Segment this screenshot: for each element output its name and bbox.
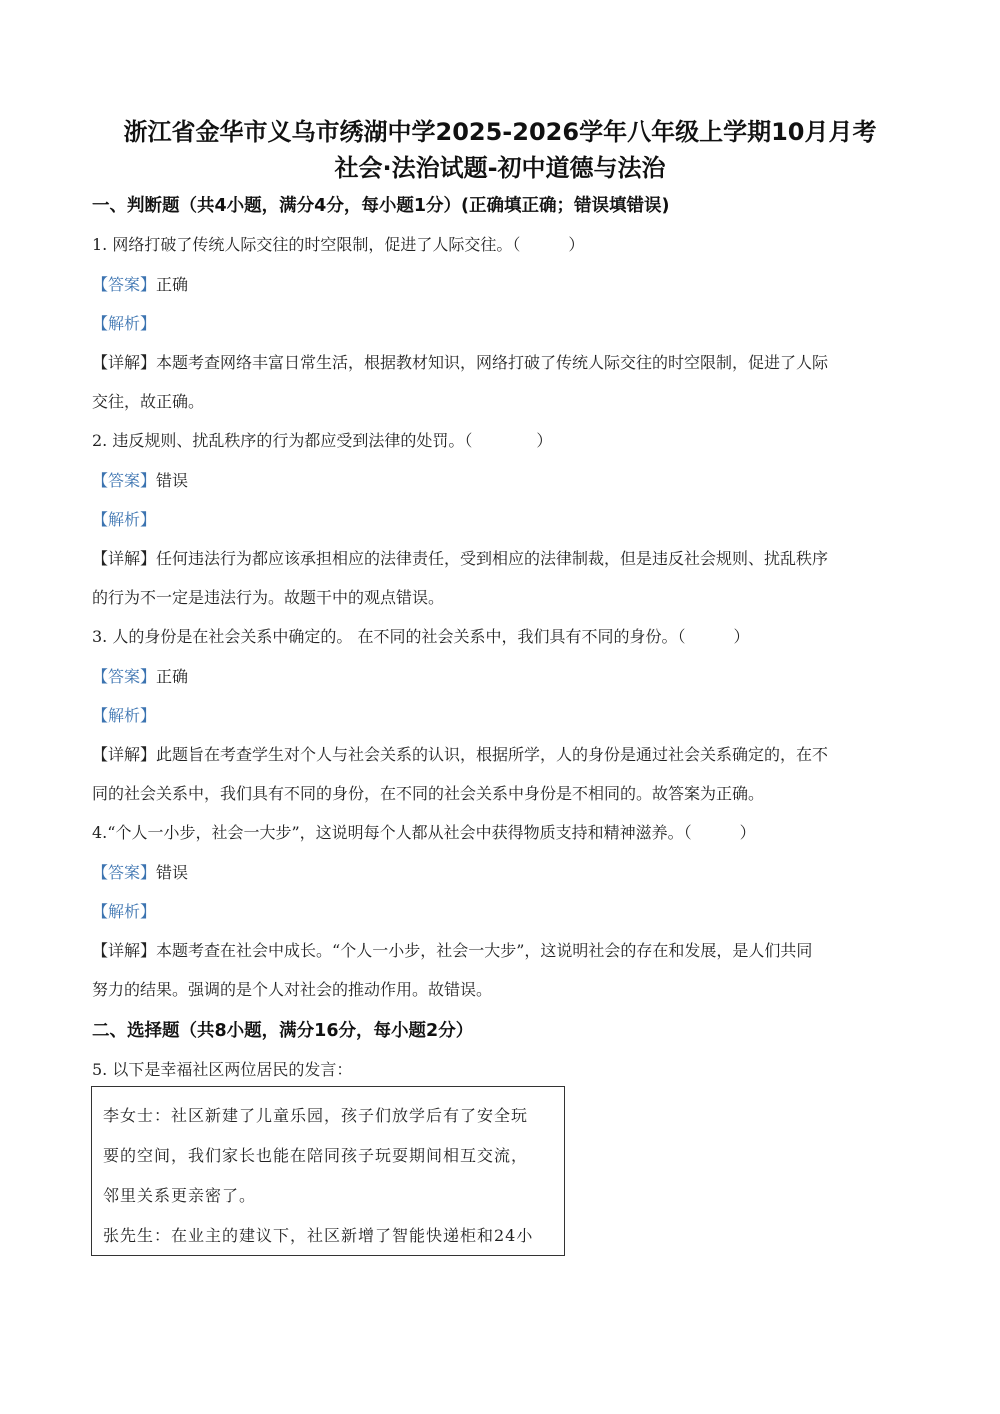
quote-line: 邻里关系更亲密了。: [103, 1183, 256, 1206]
detail-text: 任何违法行为都应该承担相应的法律责任，受到相应的法律制裁，但是违反社会规则、扰乱…: [156, 549, 828, 568]
question-2-stem: 2. 违反规则、扰乱秩序的行为都应受到法律的处罚。（ ）: [92, 428, 552, 451]
question-1-answer: 【答案】正确: [92, 272, 188, 295]
question-3-analysis-label: 【解析】: [92, 703, 156, 726]
answer-value: 错误: [156, 863, 188, 882]
quote-line: 要的空间，我们家长也能在陪同孩子玩耍期间相互交流，: [103, 1143, 528, 1166]
question-2-detail-cont: 的行为不一定是违法行为。故题干中的观点错误。: [92, 585, 444, 608]
question-3-stem: 3. 人的身份是在社会关系中确定的。 在不同的社会关系中，我们具有不同的身份。（…: [92, 624, 749, 647]
question-4-analysis-label: 【解析】: [92, 899, 156, 922]
answer-value: 正确: [156, 667, 188, 686]
answer-value: 错误: [156, 471, 188, 490]
answer-label: 【答案】: [92, 863, 156, 882]
answer-label: 【答案】: [92, 275, 156, 294]
detail-label: 【详解】: [92, 353, 156, 372]
answer-value: 正确: [156, 275, 188, 294]
question-3-detail: 【详解】此题旨在考查学生对个人与社会关系的认识，根据所学，人的身份是通过社会关系…: [92, 742, 828, 765]
document-title-line2: 社会·法治试题-初中道德与法治: [0, 148, 1000, 183]
question-3-detail-cont: 同的社会关系中，我们具有不同的身份，在不同的社会关系中身份是不相同的。故答案为正…: [92, 781, 764, 804]
section1-heading: 一、判断题（共4小题，满分4分，每小题1分）(正确填正确；错误填错误): [92, 192, 670, 217]
question-3-answer: 【答案】正确: [92, 664, 188, 687]
document-title-line1: 浙江省金华市义乌市绣湖中学2025-2026学年八年级上学期10月月考: [0, 112, 1000, 147]
answer-label: 【答案】: [92, 471, 156, 490]
question-1-analysis-label: 【解析】: [92, 311, 156, 334]
detail-text: 本题考查在社会中成长。“个人一小步，社会一大步”，这说明社会的存在和发展，是人们…: [156, 941, 812, 960]
detail-text: 此题旨在考查学生对个人与社会关系的认识，根据所学，人的身份是通过社会关系确定的，…: [156, 745, 828, 764]
exam-page: 浙江省金华市义乌市绣湖中学2025-2026学年八年级上学期10月月考 社会·法…: [0, 0, 1000, 1414]
detail-label: 【详解】: [92, 549, 156, 568]
question-2-detail: 【详解】任何违法行为都应该承担相应的法律责任，受到相应的法律制裁，但是违反社会规…: [92, 546, 828, 569]
quote-line: 张先生：在业主的建议下，社区新增了智能快递柜和24小: [103, 1223, 533, 1246]
question-4-stem: 4.“个人一小步，社会一大步”，这说明每个人都从社会中获得物质支持和精神滋养。（…: [92, 820, 756, 843]
detail-label: 【详解】: [92, 745, 156, 764]
question-1-detail: 【详解】本题考查网络丰富日常生活，根据教材知识，网络打破了传统人际交往的时空限制…: [92, 350, 828, 373]
question-2-answer: 【答案】错误: [92, 468, 188, 491]
detail-text: 本题考查网络丰富日常生活，根据教材知识，网络打破了传统人际交往的时空限制，促进了…: [156, 353, 828, 372]
section2-heading: 二、选择题（共8小题，满分16分，每小题2分）: [92, 1017, 473, 1042]
question-1-stem: 1. 网络打破了传统人际交往的时空限制，促进了人际交往。（ ）: [92, 232, 584, 255]
question-4-answer: 【答案】错误: [92, 860, 188, 883]
detail-label: 【详解】: [92, 941, 156, 960]
question-5-stem: 5. 以下是幸福社区两位居民的发言：: [92, 1057, 352, 1080]
question-2-analysis-label: 【解析】: [92, 507, 156, 530]
quote-line: 李女士：社区新建了儿童乐园，孩子们放学后有了安全玩: [103, 1103, 528, 1126]
question-4-detail-cont: 努力的结果。强调的是个人对社会的推动作用。故错误。: [92, 977, 492, 1000]
question-1-detail-cont: 交往，故正确。: [92, 389, 204, 412]
question-4-detail: 【详解】本题考查在社会中成长。“个人一小步，社会一大步”，这说明社会的存在和发展…: [92, 938, 812, 961]
answer-label: 【答案】: [92, 667, 156, 686]
quote-box: 李女士：社区新建了儿童乐园，孩子们放学后有了安全玩 要的空间，我们家长也能在陪同…: [91, 1086, 565, 1256]
